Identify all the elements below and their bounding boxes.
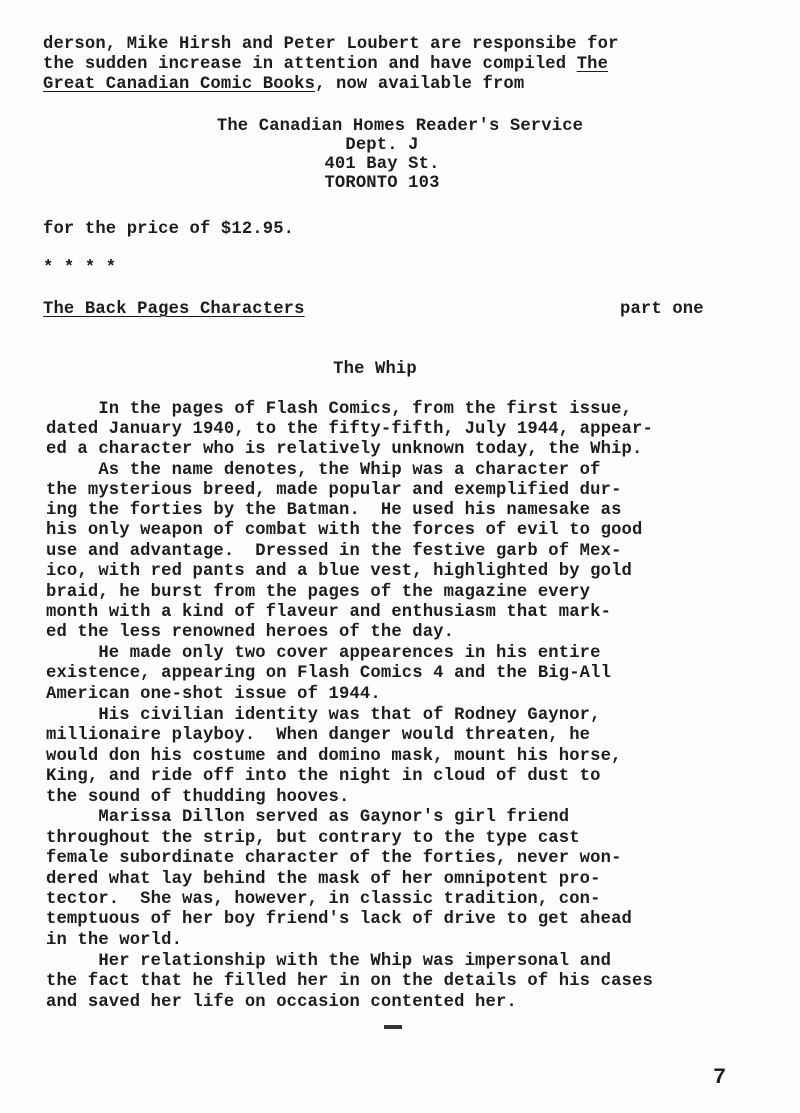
article-line: month with a kind of flaveur and enthusi… (46, 603, 611, 623)
article-line: dered what lay behind the mask of her om… (46, 870, 601, 890)
address-line-3: 401 Bay St. (0, 155, 782, 175)
article-line: existence, appearing on Flash Comics 4 a… (46, 664, 611, 684)
article-line: Marissa Dillon served as Gaynor's girl f… (46, 808, 569, 828)
article-title: The Whip (0, 360, 775, 380)
article-line: His civilian identity was that of Rodney… (46, 706, 601, 726)
article-line: dated January 1940, to the fifty-fifth, … (46, 420, 653, 440)
intro-line-3: Great Canadian Comic Books, now availabl… (43, 75, 524, 95)
article-line: would don his costume and domino mask, m… (46, 747, 622, 767)
intro-line-1: derson, Mike Hirsh and Peter Loubert are… (43, 35, 619, 55)
section-part-label: part one (620, 300, 704, 320)
article-line: his only weapon of combat with the force… (46, 521, 642, 541)
page-number: 7 (713, 1068, 726, 1088)
article-line: King, and ride off into the night in clo… (46, 767, 601, 787)
address-line-4: TORONTO 103 (0, 174, 782, 194)
article-line: He made only two cover appearences in hi… (46, 644, 601, 664)
book-title-part2: Great Canadian Comic Books (43, 75, 315, 94)
article-line: and saved her life on occasion contented… (46, 993, 517, 1013)
address-line-2: Dept. J (0, 136, 782, 156)
intro-line-2: the sudden increase in attention and hav… (43, 55, 608, 75)
article-line: ed a character who is relatively unknown… (46, 440, 642, 460)
article-line: ed the less renowned heroes of the day. (46, 623, 454, 643)
article-line: female subordinate character of the fort… (46, 849, 622, 869)
intro-line-2-text: the sudden increase in attention and hav… (43, 55, 577, 74)
article-line: the sound of thudding hooves. (46, 788, 349, 808)
article-line: ing the forties by the Batman. He used h… (46, 501, 622, 521)
article-line: use and advantage. Dressed in the festiv… (46, 542, 622, 562)
article-line: American one-shot issue of 1944. (46, 685, 381, 705)
article-line: ico, with red pants and a blue vest, hig… (46, 562, 632, 582)
article-line: the fact that he filled her in on the de… (46, 972, 653, 992)
article-line: As the name denotes, the Whip was a char… (46, 461, 601, 481)
article-line: throughout the strip, but contrary to th… (46, 829, 580, 849)
article-line: Her relationship with the Whip was imper… (46, 952, 611, 972)
article-line: the mysterious breed, made popular and e… (46, 481, 622, 501)
article-line: braid, he burst from the pages of the ma… (46, 583, 590, 603)
article-line: In the pages of Flash Comics, from the f… (46, 400, 632, 420)
section-separator: * * * * (43, 259, 116, 279)
section-title: The Back Pages Characters (43, 300, 305, 320)
typewritten-page: derson, Mike Hirsh and Peter Loubert are… (0, 0, 800, 1113)
article-line: millionaire playboy. When danger would t… (46, 726, 590, 746)
article-line: tector. She was, however, in classic tra… (46, 890, 601, 910)
end-mark (384, 1025, 402, 1029)
article-line: temptuous of her boy friend's lack of dr… (46, 910, 632, 930)
address-line-1: The Canadian Homes Reader's Service (0, 117, 800, 137)
article-line: in the world. (46, 931, 182, 951)
book-title-part1: The (577, 55, 608, 74)
price-line: for the price of $12.95. (43, 220, 294, 240)
intro-line-3-text: , now available from (315, 75, 524, 94)
